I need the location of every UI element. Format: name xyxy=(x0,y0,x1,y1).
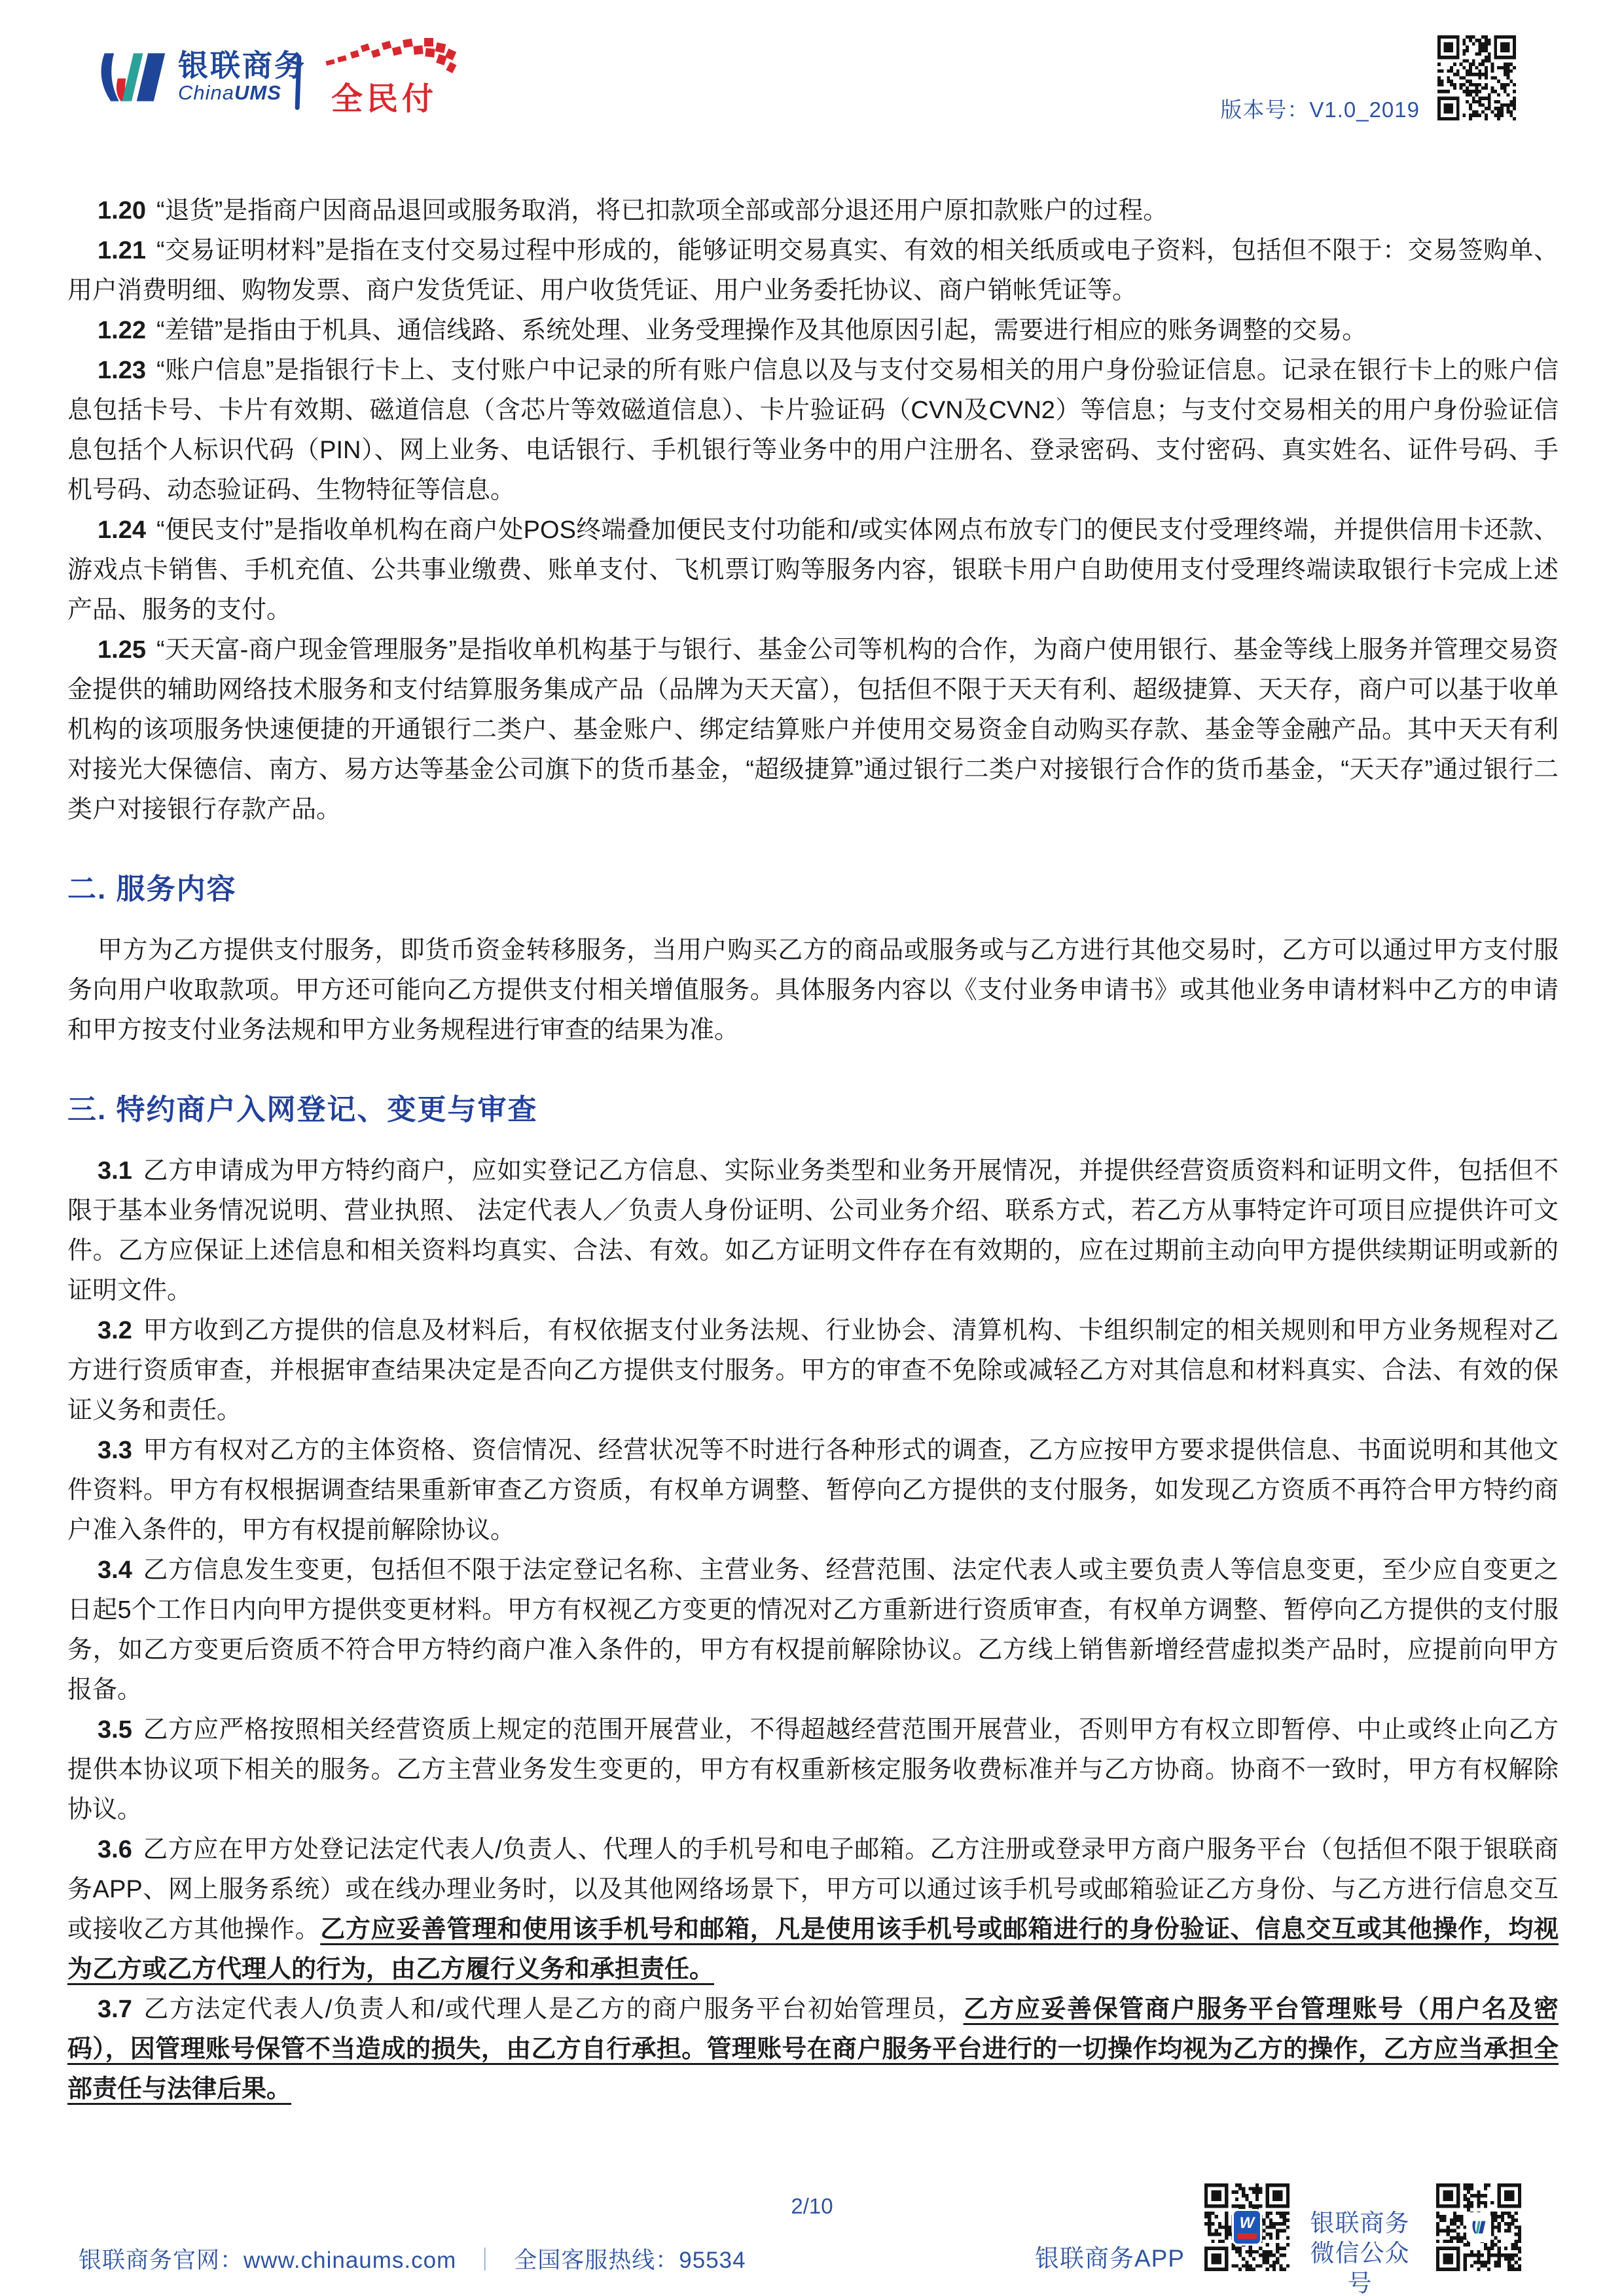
chinaums-mini-mark-icon xyxy=(1470,2219,1487,2236)
clause-number: 1.25 xyxy=(98,636,146,664)
contract-clause: 3.3甲方有权对乙方的主体资格、资信情况、经营状况等不时进行各种形式的调查，乙方… xyxy=(67,1431,1559,1551)
clause-text: “差错”是指由于机具、通信线路、系统处理、业务受理操作及其他原因引起，需要进行相… xyxy=(156,317,1367,344)
wechat-qr-label-line2: 微信公众号 xyxy=(1299,2238,1420,2296)
contract-clause: 3.6乙方应在甲方处登记法定代表人/负责人、代理人的手机号和电子邮箱。乙方注册或… xyxy=(67,1830,1559,1990)
clause-number: 1.23 xyxy=(98,357,146,384)
app-logo-mark: W xyxy=(1240,2215,1255,2231)
brand-text: 银联商务 ChinaUMS xyxy=(178,50,306,104)
definition-clause: 1.24“便民支付”是指收单机构在商户处POS终端叠加便民支付功能和/或实体网点… xyxy=(67,511,1559,630)
section-2-paragraph: 甲方为乙方提供支付服务，即货币资金转移服务，当用户购买乙方的商品或服务或与乙方进… xyxy=(67,931,1559,1050)
document-page: 银联商务 ChinaUMS xyxy=(0,0,1624,2296)
clause-number: 3.1 xyxy=(98,1157,132,1185)
wechat-qr-code xyxy=(1436,2183,1521,2271)
app-logo-band xyxy=(1237,2233,1257,2239)
clause-text: 甲方收到乙方提供的信息及材料后，有权依据支付业务法规、行业协会、清算机构、卡组织… xyxy=(67,1317,1559,1424)
contract-clause: 3.4乙方信息发生变更，包括但不限于法定登记名称、主营业务、经营范围、法定代表人… xyxy=(67,1551,1559,1710)
footer-hotline: 全国客服热线：95534 xyxy=(514,2248,746,2273)
checkered-flag-icon xyxy=(322,37,460,76)
clause-number: 1.22 xyxy=(98,317,146,344)
wechat-qr-label-line1: 银联商务 xyxy=(1299,2208,1420,2238)
definition-clause: 1.22“差错”是指由于机具、通信线路、系统处理、业务受理操作及其他原因引起，需… xyxy=(67,311,1559,351)
version-label: 版本号：V1.0_2019 xyxy=(1220,93,1420,124)
contract-clause: 3.7乙方法定代表人/负责人和/或代理人是乙方的商户服务平台初始管理员，乙方应妥… xyxy=(67,1990,1559,2109)
clause-text: “交易证明材料”是指在支付交易过程中形成的，能够证明交易真实、有效的相关纸质或电… xyxy=(67,237,1559,304)
wechat-qr-logo-icon xyxy=(1466,2212,1491,2242)
app-qr-label: 银联商务APP xyxy=(1021,2238,1185,2274)
definition-clause: 1.25“天天富-商户现金管理服务”是指收单机构基于与银行、基金公司等机构的合作… xyxy=(67,630,1559,830)
app-logo-icon: W xyxy=(1232,2209,1262,2246)
clause-number: 1.20 xyxy=(98,197,146,224)
brand-name-en: ChinaUMS xyxy=(178,82,306,104)
clause-number: 3.5 xyxy=(98,1716,132,1744)
chinaums-logo-icon xyxy=(98,52,168,102)
clause-text: “退货”是指商户因商品退回或服务取消，将已扣款项全部或部分退还用户原扣款账户的过… xyxy=(156,197,1168,224)
section-2-heading: 二. 服务内容 xyxy=(67,873,1559,906)
clause-number: 3.4 xyxy=(98,1556,132,1584)
qr-pattern xyxy=(1437,35,1516,120)
clause-text: “便民支付”是指收单机构在商户处POS终端叠加便民支付功能和/或实体网点布放专门… xyxy=(67,516,1559,624)
clause-text: 乙方申请成为甲方特约商户，应如实登记乙方信息、实际业务类型和业务开展情况，并提供… xyxy=(67,1157,1559,1304)
footer-contact-line: 银联商务官网：www.chinaums.com｜全国客服热线：95534 xyxy=(79,2242,746,2275)
clause-number: 3.3 xyxy=(98,1437,132,1464)
header-qr-code xyxy=(1437,35,1516,120)
wechat-qr-label: 银联商务 微信公众号 xyxy=(1299,2208,1420,2296)
page-header: 银联商务 ChinaUMS xyxy=(0,0,1624,144)
clause-number: 1.21 xyxy=(98,237,146,264)
definition-clause: 1.23“账户信息”是指银行卡上、支付账户中记录的所有账户信息以及与支付交易相关… xyxy=(67,351,1559,511)
product-name: 全民付 xyxy=(331,73,437,118)
contract-clause: 3.5乙方应严格按照相关经营资质上规定的范围开展营业，不得超越经营范围开展营业，… xyxy=(67,1710,1559,1830)
brand-name-en-regular: China xyxy=(178,81,234,104)
section-3-heading: 三. 特约商户入网登记、变更与审查 xyxy=(67,1094,1559,1126)
clause-text: 乙方信息发生变更，包括但不限于法定登记名称、主营业务、经营范围、法定代表人或主要… xyxy=(67,1556,1559,1704)
clause-number: 3.6 xyxy=(98,1836,132,1863)
brand-name-cn: 银联商务 xyxy=(178,50,306,81)
clause-number: 3.2 xyxy=(98,1317,132,1344)
app-qr-code: W xyxy=(1204,2183,1290,2271)
clause-number: 1.24 xyxy=(98,516,146,544)
footer-website: 银联商务官网：www.chinaums.com xyxy=(79,2248,456,2273)
clause-text: “账户信息”是指银行卡上、支付账户中记录的所有账户信息以及与支付交易相关的用户身… xyxy=(67,357,1559,504)
clause-text: 甲方有权对乙方的主体资格、资信情况、经营状况等不时进行各种形式的调查，乙方应按甲… xyxy=(67,1437,1559,1544)
document-body: 1.20“退货”是指商户因商品退回或服务取消，将已扣款项全部或部分退还用户原扣款… xyxy=(67,191,1559,2109)
brand-name-en-bold: UMS xyxy=(234,81,281,104)
clause-text: 乙方法定代表人/负责人和/或代理人是乙方的商户服务平台初始管理员， xyxy=(143,1996,964,2023)
quanminfu-logo: 全民付 xyxy=(322,37,460,109)
footer-separator: ｜ xyxy=(473,2248,497,2273)
clause-text: 乙方应严格按照相关经营资质上规定的范围开展营业，不得超越经营范围开展营业，否则甲… xyxy=(67,1716,1559,1823)
definition-clause: 1.20“退货”是指商户因商品退回或服务取消，将已扣款项全部或部分退还用户原扣款… xyxy=(67,191,1559,231)
definition-clause: 1.21“交易证明材料”是指在支付交易过程中形成的，能够证明交易真实、有效的相关… xyxy=(67,231,1559,311)
clause-text: “天天富-商户现金管理服务”是指收单机构基于与银行、基金公司等机构的合作，为商户… xyxy=(67,636,1559,823)
clause-number: 3.7 xyxy=(98,1996,132,2023)
contract-clause: 3.2甲方收到乙方提供的信息及材料后，有权依据支付业务法规、行业协会、清算机构、… xyxy=(67,1311,1559,1431)
contract-clause: 3.1乙方申请成为甲方特约商户，应如实登记乙方信息、实际业务类型和业务开展情况，… xyxy=(67,1151,1559,1311)
